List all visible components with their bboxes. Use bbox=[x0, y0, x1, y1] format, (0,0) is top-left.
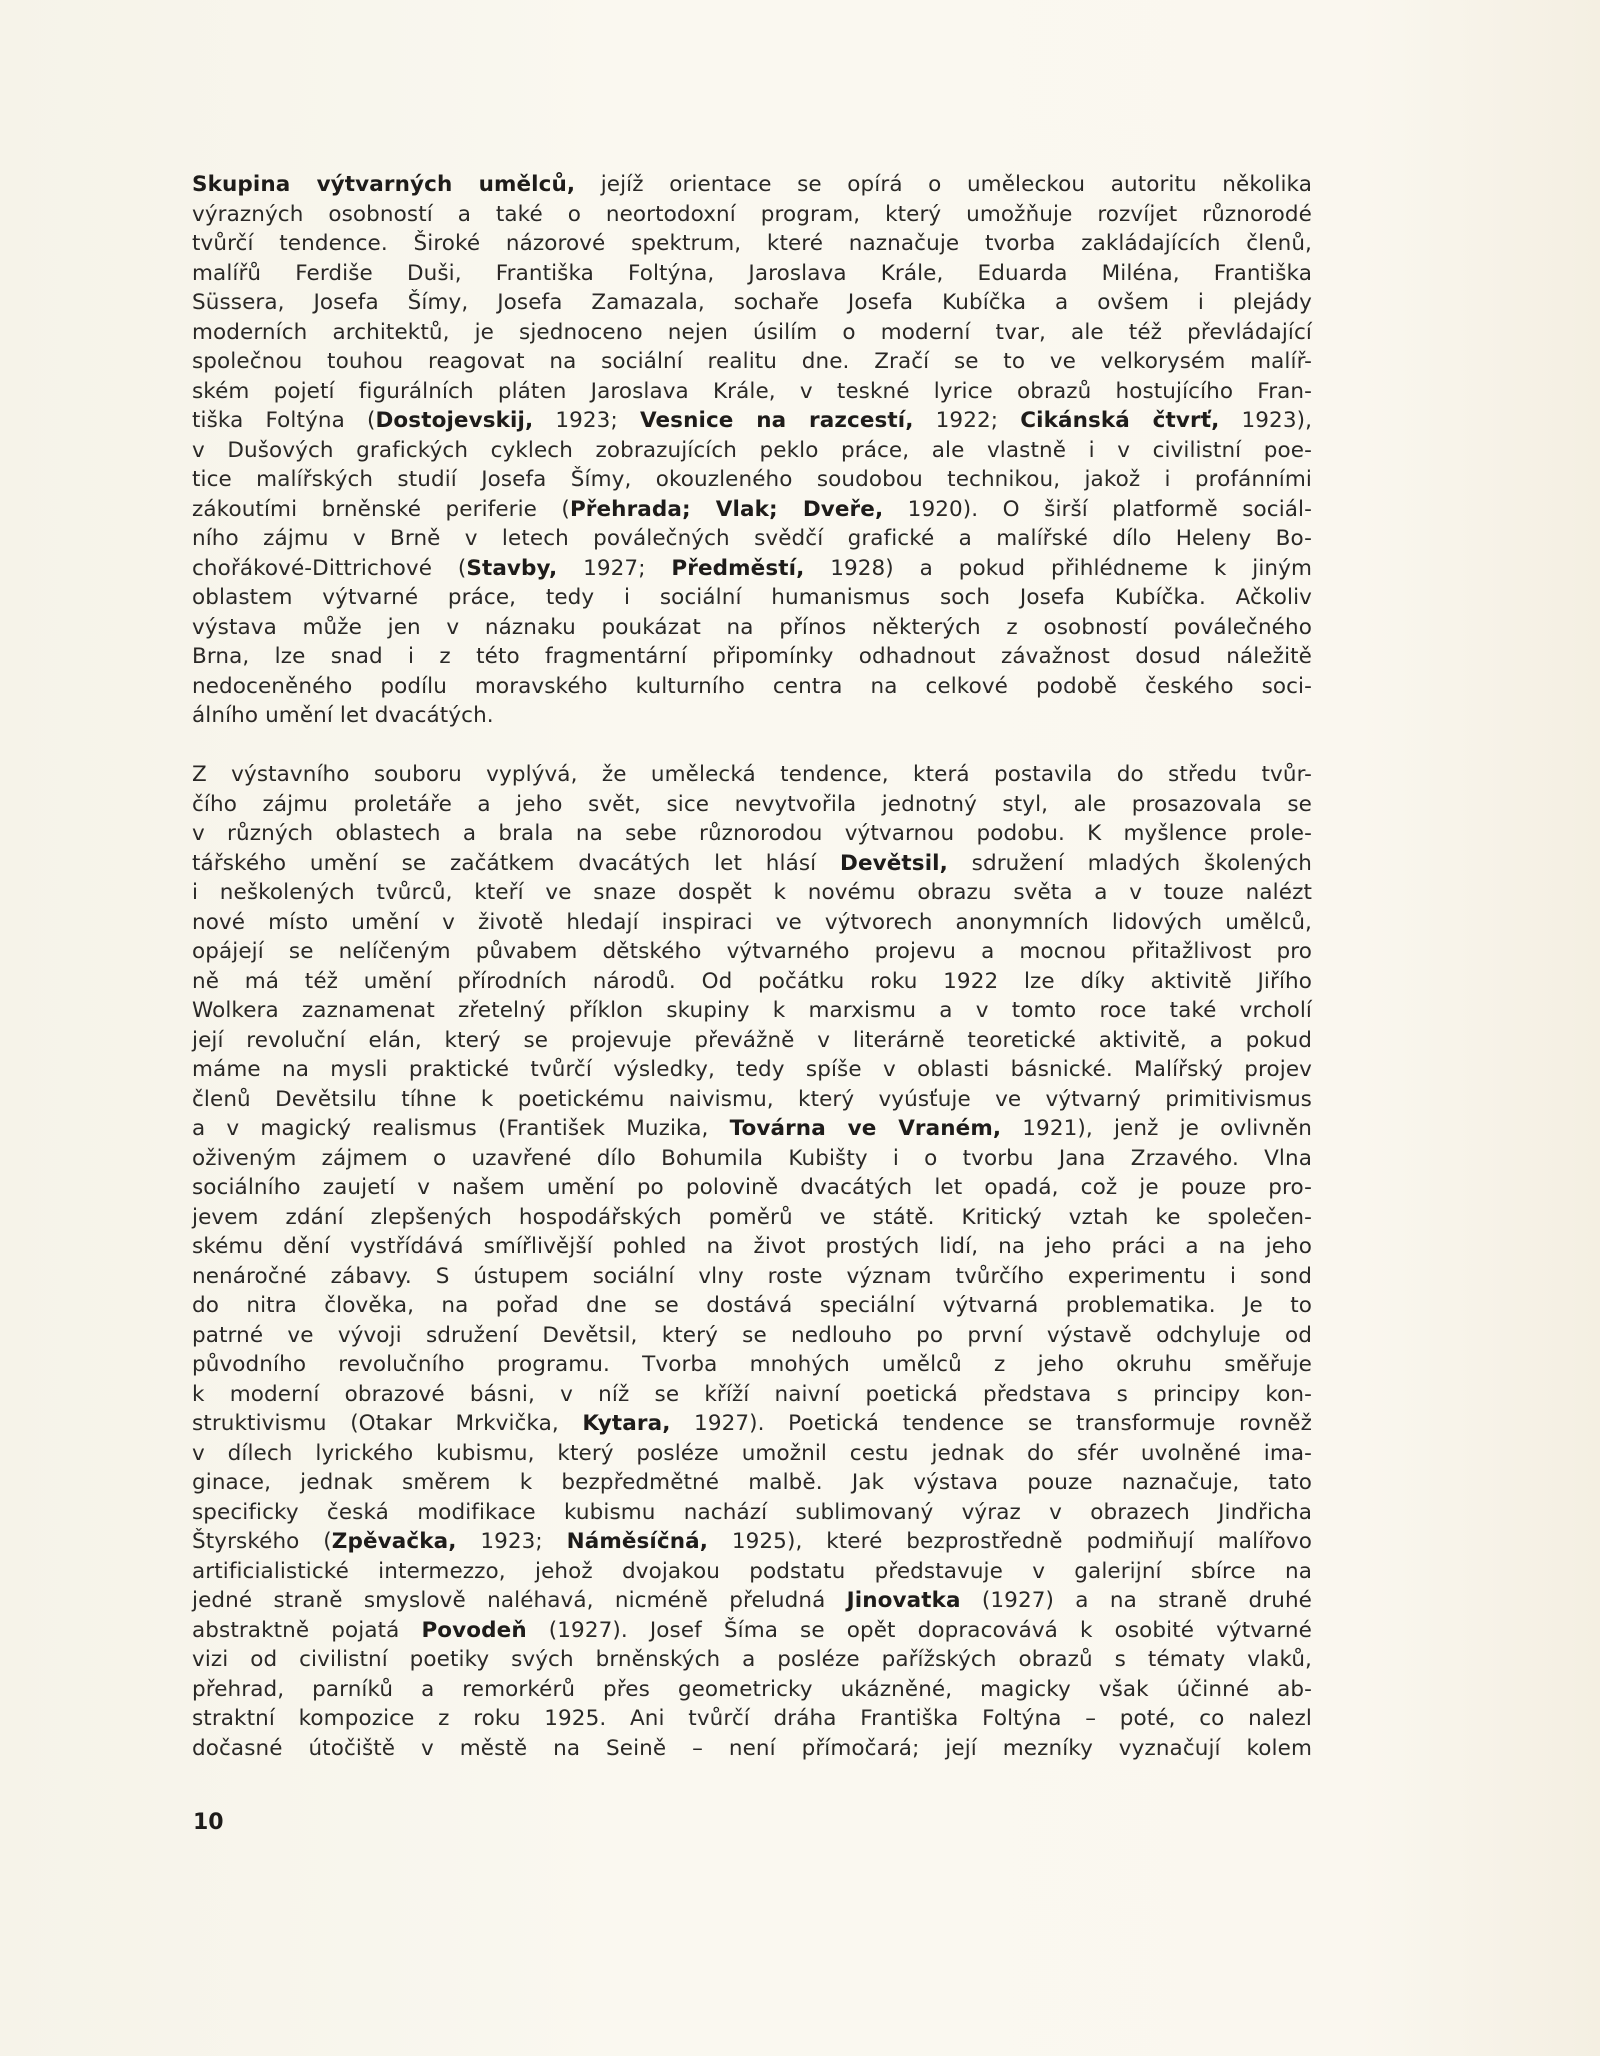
text-run: čího zájmu proletáře a jeho svět, sice n… bbox=[192, 792, 1312, 817]
text-run: oblastem výtvarné práce, tedy i sociální… bbox=[192, 585, 1312, 610]
text-line: ního zájmu v Brně v letech poválečných s… bbox=[192, 524, 1312, 554]
text-run: (1927) a na straně druhé bbox=[961, 1588, 1312, 1613]
text-run: 1928) a pokud přihlédneme k jiným bbox=[804, 556, 1312, 581]
text-run: moderních architektů, je sjednoceno neje… bbox=[192, 320, 1312, 345]
body-text-column: Skupina výtvarných umělců, jejíž orienta… bbox=[192, 170, 1312, 1763]
text-line: máme na mysli praktické tvůrčí výsledky,… bbox=[192, 1055, 1312, 1085]
text-line: i neškolených tvůrců, kteří ve snaze dos… bbox=[192, 878, 1312, 908]
text-run: přehrad, parníků a remorkérů přes geomet… bbox=[192, 1677, 1312, 1702]
text-run: 1923; bbox=[533, 408, 640, 433]
text-run: Wolkera zaznamenat zřetelný příklon skup… bbox=[192, 998, 1312, 1023]
text-run: tářského umění se začátkem dvacátých let… bbox=[192, 851, 840, 876]
artwork-title: Dostojevskij, bbox=[375, 408, 533, 433]
text-run: specificky česká modifikace kubismu nach… bbox=[192, 1500, 1312, 1525]
text-run: 1927; bbox=[557, 556, 671, 581]
text-run: v Dušových grafických cyklech zobrazujíc… bbox=[192, 438, 1312, 463]
text-line: oblastem výtvarné práce, tedy i sociální… bbox=[192, 583, 1312, 613]
text-line: tice malířských studií Josefa Šímy, okou… bbox=[192, 465, 1312, 495]
text-line: tiška Foltýna (Dostojevskij, 1923; Vesni… bbox=[192, 406, 1312, 436]
text-line: artificialistické intermezzo, jehož dvoj… bbox=[192, 1557, 1312, 1587]
artwork-title: Předměstí, bbox=[671, 556, 804, 581]
text-run: jedné straně smyslově naléhavá, nicméně … bbox=[192, 1588, 847, 1613]
artwork-title: Továrna ve Vraném, bbox=[730, 1116, 1002, 1141]
text-line: Süssera, Josefa Šímy, Josefa Zamazala, s… bbox=[192, 288, 1312, 318]
text-line: specificky česká modifikace kubismu nach… bbox=[192, 1498, 1312, 1528]
text-run: členů Devětsilu tíhne k poetickému naivi… bbox=[192, 1087, 1312, 1112]
text-run: patrné ve vývoji sdružení Devětsil, kter… bbox=[192, 1323, 1312, 1348]
text-run: Z výstavního souboru vyplývá, že uměleck… bbox=[192, 762, 1312, 787]
text-line: nové místo umění v životě hledají inspir… bbox=[192, 908, 1312, 938]
text-line: Štyrského (Zpěvačka, 1923; Náměsíčná, 19… bbox=[192, 1527, 1312, 1557]
text-run: nedoceněného podílu moravského kulturníh… bbox=[192, 674, 1312, 699]
text-run: opájejí se nelíčeným půvabem dětského vý… bbox=[192, 939, 1312, 964]
artwork-title: Kytara, bbox=[582, 1411, 670, 1436]
text-line: tvůrčí tendence. Široké názorové spektru… bbox=[192, 229, 1312, 259]
text-line: původního revolučního programu. Tvorba m… bbox=[192, 1350, 1312, 1380]
text-run: i neškolených tvůrců, kteří ve snaze dos… bbox=[192, 880, 1312, 905]
text-run: výrazných osobností a také o neortodoxní… bbox=[192, 202, 1312, 227]
text-run: oživeným zájmem o uzavřené dílo Bohumila… bbox=[192, 1146, 1312, 1171]
text-line: abstraktně pojatá Povodeň (1927). Josef … bbox=[192, 1616, 1312, 1646]
text-run: nenáročné zábavy. S ústupem sociální vln… bbox=[192, 1264, 1312, 1289]
text-run: 1923), bbox=[1219, 408, 1312, 433]
text-run: výstava může jen v náznaku poukázat na p… bbox=[192, 615, 1312, 640]
text-run: ního zájmu v Brně v letech poválečných s… bbox=[192, 526, 1312, 551]
text-run: v různých oblastech a brala na sebe různ… bbox=[192, 821, 1312, 846]
artwork-title: Přehrada; Vlak; Dveře, bbox=[570, 497, 883, 522]
text-line: společnou touhou reagovat na sociální re… bbox=[192, 347, 1312, 377]
text-line: k moderní obrazové básni, v níž se kříží… bbox=[192, 1380, 1312, 1410]
text-run: sociálního zaujetí v našem umění po polo… bbox=[192, 1175, 1312, 1200]
text-line: straktní kompozice z roku 1925. Ani tvůr… bbox=[192, 1704, 1312, 1734]
page-number: 10 bbox=[193, 1810, 224, 1835]
text-line: v různých oblastech a brala na sebe různ… bbox=[192, 819, 1312, 849]
text-run: nové místo umění v životě hledají inspir… bbox=[192, 910, 1312, 935]
paragraph: Skupina výtvarných umělců, jejíž orienta… bbox=[192, 170, 1312, 731]
text-line: do nitra člověka, na pořad dne se dostáv… bbox=[192, 1291, 1312, 1321]
text-run: ském pojetí figurálních pláten Jaroslava… bbox=[192, 379, 1312, 404]
text-run: Brna, lze snad i z této fragmentární při… bbox=[192, 644, 1312, 669]
text-line: čího zájmu proletáře a jeho svět, sice n… bbox=[192, 790, 1312, 820]
text-line: Wolkera zaznamenat zřetelný příklon skup… bbox=[192, 996, 1312, 1026]
text-line: dočasné útočiště v městě na Seině – není… bbox=[192, 1734, 1312, 1764]
text-run: v dílech lyrického kubismu, který posléz… bbox=[192, 1441, 1312, 1466]
text-run: álního umění let dvacátých. bbox=[192, 703, 494, 728]
text-line: ském pojetí figurálních pláten Jaroslava… bbox=[192, 377, 1312, 407]
text-line: álního umění let dvacátých. bbox=[192, 701, 1312, 731]
text-run: straktní kompozice z roku 1925. Ani tvůr… bbox=[192, 1706, 1312, 1731]
text-run: ginace, jednak směrem k bezpředmětné mal… bbox=[192, 1470, 1312, 1495]
text-run: Štyrského ( bbox=[192, 1529, 332, 1554]
text-run: tiška Foltýna ( bbox=[192, 408, 375, 433]
text-line: struktivismu (Otakar Mrkvička, Kytara, 1… bbox=[192, 1409, 1312, 1439]
text-run: chořákové-Dittrichové ( bbox=[192, 556, 466, 581]
text-line: patrné ve vývoji sdružení Devětsil, kter… bbox=[192, 1321, 1312, 1351]
text-run: zákoutími brněnské periferie ( bbox=[192, 497, 570, 522]
book-page: Skupina výtvarných umělců, jejíž orienta… bbox=[0, 0, 1600, 2056]
text-line: malířů Ferdiše Duši, Františka Foltýna, … bbox=[192, 259, 1312, 289]
text-line: a v magický realismus (František Muzika,… bbox=[192, 1114, 1312, 1144]
text-run: skému dění vystřídává smířlivější pohled… bbox=[192, 1234, 1312, 1259]
text-run: jejíž orientace se opírá o uměleckou aut… bbox=[575, 172, 1312, 197]
text-line: ně má též umění přírodních národů. Od po… bbox=[192, 967, 1312, 997]
text-run: 1922; bbox=[914, 408, 1021, 433]
text-run: tvůrčí tendence. Široké názorové spektru… bbox=[192, 231, 1312, 256]
text-run: jevem zdání zlepšených hospodářských pom… bbox=[192, 1205, 1312, 1230]
text-run: malířů Ferdiše Duši, Františka Foltýna, … bbox=[192, 261, 1312, 286]
artwork-title: Povodeň bbox=[421, 1618, 526, 1643]
artwork-title: Jinovatka bbox=[847, 1588, 961, 1613]
text-run: tice malířských studií Josefa Šímy, okou… bbox=[192, 467, 1312, 492]
text-run: artificialistické intermezzo, jehož dvoj… bbox=[192, 1559, 1312, 1584]
text-run: původního revolučního programu. Tvorba m… bbox=[192, 1352, 1312, 1377]
text-line: Skupina výtvarných umělců, jejíž orienta… bbox=[192, 170, 1312, 200]
text-run: 1927). Poetická tendence se transformuje… bbox=[670, 1411, 1312, 1436]
text-run: ně má též umění přírodních národů. Od po… bbox=[192, 969, 1312, 994]
text-line: moderních architektů, je sjednoceno neje… bbox=[192, 318, 1312, 348]
text-line: nenáročné zábavy. S ústupem sociální vln… bbox=[192, 1262, 1312, 1292]
text-run: do nitra člověka, na pořad dne se dostáv… bbox=[192, 1293, 1312, 1318]
text-line: její revoluční elán, který se projevuje … bbox=[192, 1026, 1312, 1056]
artwork-title: Skupina výtvarných umělců, bbox=[192, 172, 575, 197]
text-line: opájejí se nelíčeným půvabem dětského vý… bbox=[192, 937, 1312, 967]
text-line: nedoceněného podílu moravského kulturníh… bbox=[192, 672, 1312, 702]
text-line: členů Devětsilu tíhne k poetickému naivi… bbox=[192, 1085, 1312, 1115]
text-line: tářského umění se začátkem dvacátých let… bbox=[192, 849, 1312, 879]
text-line: vizi od civilistní poetiky svých brněnsk… bbox=[192, 1645, 1312, 1675]
text-line: Z výstavního souboru vyplývá, že uměleck… bbox=[192, 760, 1312, 790]
artwork-title: Náměsíčná, bbox=[567, 1529, 708, 1554]
text-line: chořákové-Dittrichové (Stavby, 1927; Pře… bbox=[192, 554, 1312, 584]
text-run: vizi od civilistní poetiky svých brněnsk… bbox=[192, 1647, 1312, 1672]
text-line: jedné straně smyslově naléhavá, nicméně … bbox=[192, 1586, 1312, 1616]
text-run: sdružení mladých školených bbox=[948, 851, 1312, 876]
text-line: v dílech lyrického kubismu, který posléz… bbox=[192, 1439, 1312, 1469]
text-run: (1927). Josef Šíma se opět dopracovává k… bbox=[527, 1618, 1312, 1643]
artwork-title: Devětsil, bbox=[840, 851, 948, 876]
text-run: 1923; bbox=[456, 1529, 566, 1554]
text-line: v Dušových grafických cyklech zobrazujíc… bbox=[192, 436, 1312, 466]
text-line: zákoutími brněnské periferie (Přehrada; … bbox=[192, 495, 1312, 525]
artwork-title: Stavby, bbox=[466, 556, 557, 581]
text-run: 1925), které bezprostředně podmiňují mal… bbox=[708, 1529, 1312, 1554]
text-run: 1921), jenž je ovlivněn bbox=[1001, 1116, 1312, 1141]
text-line: přehrad, parníků a remorkérů přes geomet… bbox=[192, 1675, 1312, 1705]
text-line: jevem zdání zlepšených hospodářských pom… bbox=[192, 1203, 1312, 1233]
paragraph: Z výstavního souboru vyplývá, že uměleck… bbox=[192, 760, 1312, 1763]
text-line: ginace, jednak směrem k bezpředmětné mal… bbox=[192, 1468, 1312, 1498]
text-line: skému dění vystřídává smířlivější pohled… bbox=[192, 1232, 1312, 1262]
artwork-title: Cikánská čtvrť, bbox=[1020, 408, 1219, 433]
text-line: Brna, lze snad i z této fragmentární při… bbox=[192, 642, 1312, 672]
artwork-title: Zpěvačka, bbox=[332, 1529, 457, 1554]
text-run: abstraktně pojatá bbox=[192, 1618, 421, 1643]
text-run: struktivismu (Otakar Mrkvička, bbox=[192, 1411, 582, 1436]
text-run: máme na mysli praktické tvůrčí výsledky,… bbox=[192, 1057, 1312, 1082]
text-run: společnou touhou reagovat na sociální re… bbox=[192, 349, 1312, 374]
text-line: výstava může jen v náznaku poukázat na p… bbox=[192, 613, 1312, 643]
text-line: sociálního zaujetí v našem umění po polo… bbox=[192, 1173, 1312, 1203]
text-run: dočasné útočiště v městě na Seině – není… bbox=[192, 1736, 1312, 1761]
text-run: 1920). O širší platformě sociál- bbox=[883, 497, 1312, 522]
text-line: výrazných osobností a také o neortodoxní… bbox=[192, 200, 1312, 230]
text-run: Süssera, Josefa Šímy, Josefa Zamazala, s… bbox=[192, 290, 1312, 315]
text-run: její revoluční elán, který se projevuje … bbox=[192, 1028, 1312, 1053]
artwork-title: Vesnice na razcestí, bbox=[640, 408, 914, 433]
text-run: k moderní obrazové básni, v níž se kříží… bbox=[192, 1382, 1312, 1407]
text-line: oživeným zájmem o uzavřené dílo Bohumila… bbox=[192, 1144, 1312, 1174]
text-run: a v magický realismus (František Muzika, bbox=[192, 1116, 730, 1141]
